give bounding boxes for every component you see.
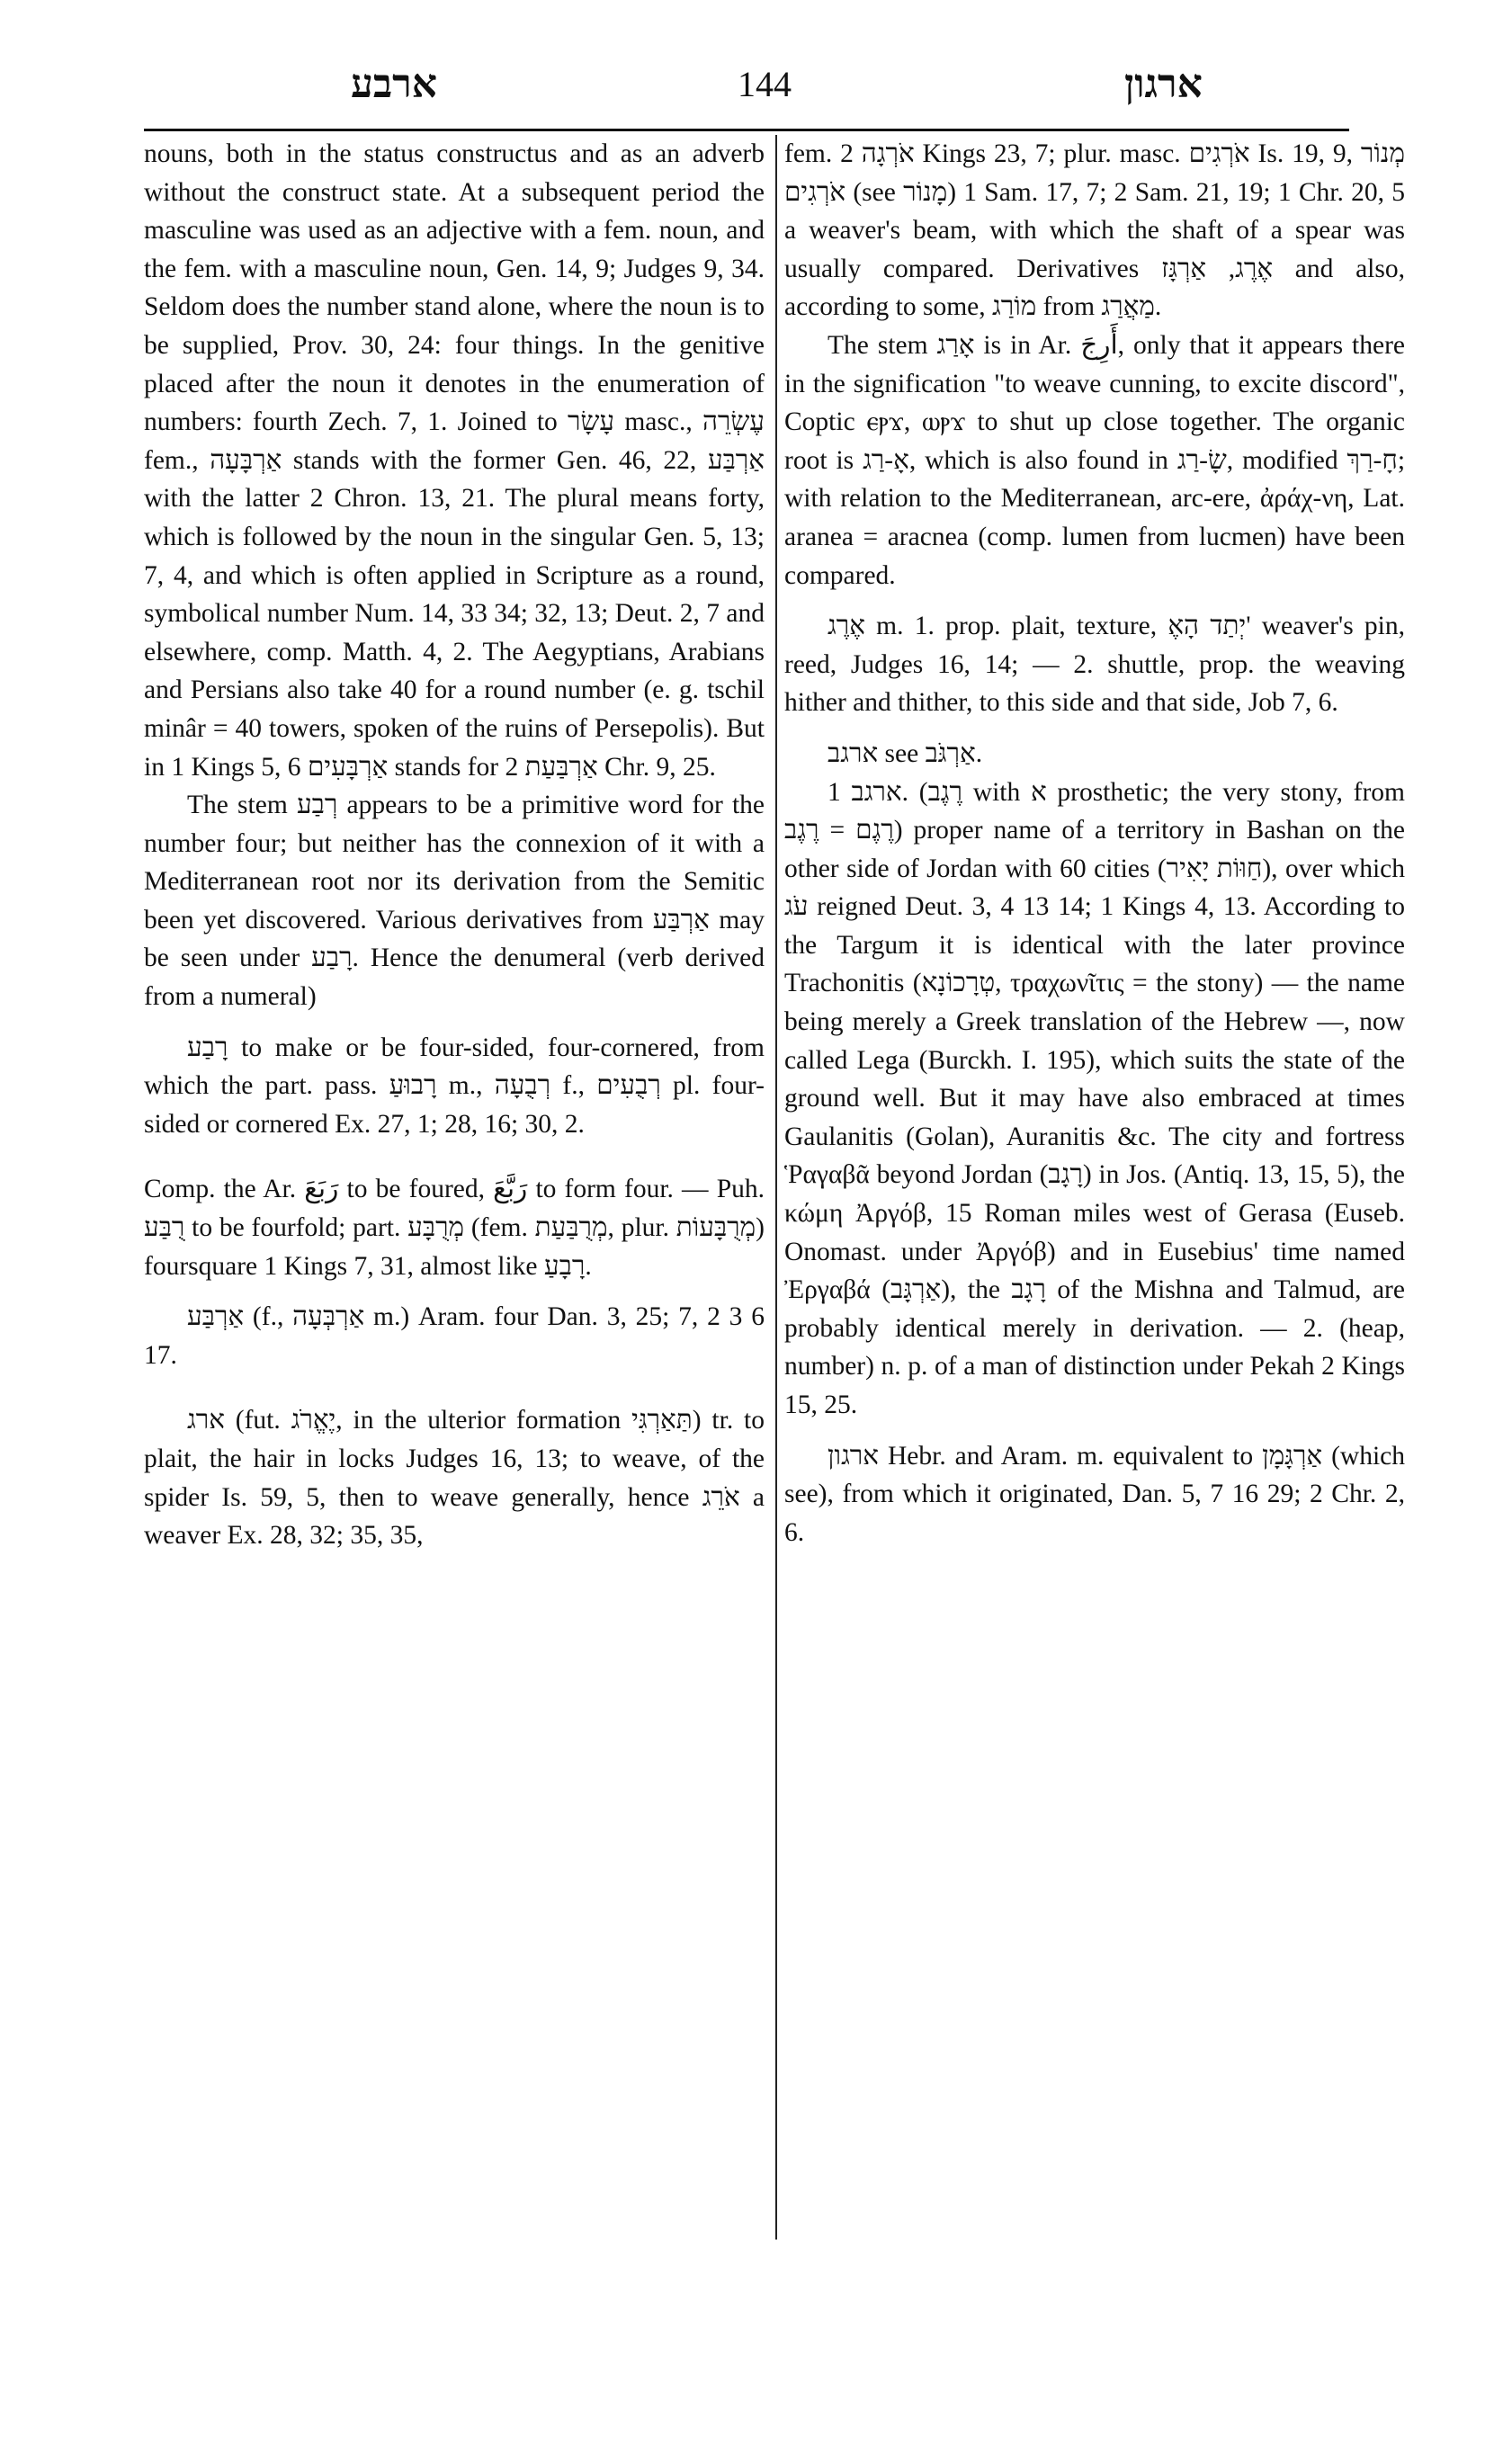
entry-argav-see: ארגב see אַרְגֹּב. xyxy=(784,735,1405,773)
right-running-headword: ארגון xyxy=(1124,61,1203,107)
entry-paragraph: nouns, both in the status constructus an… xyxy=(144,135,765,786)
entry-argevan: ארגון Hebr. and Aram. m. equivalent to א… xyxy=(784,1437,1405,1552)
entry-argov: ארגב 1. (רֶגֶב with א prosthetic; the ve… xyxy=(784,773,1405,1425)
entry-aram-arba: אַרְבַּע (f., אַרְבְּעָה m.) Aram. four … xyxy=(144,1298,765,1374)
header-rule xyxy=(144,129,1349,131)
page-number: 144 xyxy=(738,63,792,105)
entry-paragraph: The stem אָרַג is in Ar. أَرِجَ, only th… xyxy=(784,326,1405,595)
entry-paragraph: Comp. the Ar. رَبَعَ to be foured, رَبَّ… xyxy=(144,1170,765,1285)
entry-paragraph: fem. אֹרְגָה 2 Kings 23, 7; plur. masc. … xyxy=(784,135,1405,326)
page-header: ארבע 144 ארגון xyxy=(144,54,1331,117)
entry-paragraph: רָבַע to make or be four-sided, four-cor… xyxy=(144,1029,765,1144)
left-running-headword: ארבע xyxy=(351,61,437,107)
column-divider xyxy=(775,135,777,2240)
entry-arag: ארג (fut. יֶאֱרֹג, in the ulterior forma… xyxy=(144,1401,765,1554)
right-column: fem. אֹרְגָה 2 Kings 23, 7; plur. masc. … xyxy=(784,135,1405,1551)
entry-ereg: אֶרֶג m. 1. prop. plait, texture, יְתַד … xyxy=(784,607,1405,722)
entry-paragraph: The stem רְבַע appears to be a primitive… xyxy=(144,786,765,1016)
left-column: nouns, both in the status constructus an… xyxy=(144,135,765,1555)
